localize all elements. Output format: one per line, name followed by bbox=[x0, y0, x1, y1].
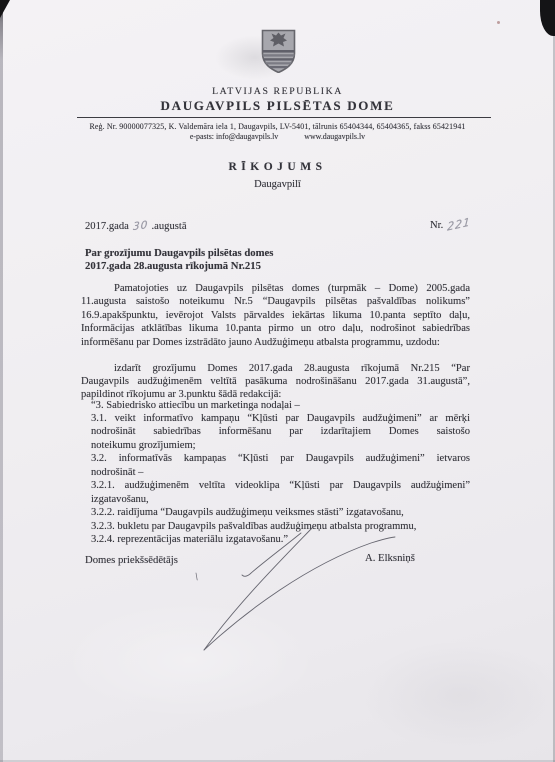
paragraph-line: izdarīt grozījumu Domes 2017.gada 28.aug… bbox=[81, 362, 470, 375]
list-item: 3.2. informatīvās kampaņas “Kļūsti par D… bbox=[91, 452, 470, 465]
scan-corner-top-left bbox=[0, 0, 10, 18]
list-item: 3.2.3. bukletu par Daugavpils pašvaldība… bbox=[91, 520, 470, 533]
document-date: 2017.gada 30 .augustā bbox=[85, 220, 187, 232]
subject-line-2: 2017.gada 28.augusta rīkojumā Nr.215 bbox=[85, 260, 385, 273]
email-text: e-pasts: info@daugavpils.lv bbox=[190, 132, 278, 141]
list-item: 3.2.1. audžuģimenēm veltīta videoklipa “… bbox=[91, 479, 470, 492]
date-prefix: 2017.gada bbox=[85, 221, 129, 232]
list-item: noteikumu grozījumiem; bbox=[91, 439, 470, 452]
paragraph-line: Daugavpils audžuģimenēm veltītā pasākuma… bbox=[81, 375, 470, 388]
handwritten-number: 221 bbox=[447, 215, 471, 233]
scan-corner-top-right bbox=[540, 0, 555, 36]
signer-name: A. Elksniņš bbox=[365, 552, 415, 564]
number-label: Nr. bbox=[430, 220, 443, 231]
document-number: Nr. 221 bbox=[430, 218, 472, 231]
organization-name: DAUGAVPILS PILSĒTAS DOME bbox=[0, 98, 555, 114]
document-type-title: RĪKOJUMS bbox=[0, 161, 555, 173]
registration-line: Reģ. Nr. 90000077325, K. Valdemāra iela … bbox=[0, 122, 555, 131]
list-item: nodrošināt – bbox=[91, 466, 470, 479]
subject-line-1: Par grozījumu Daugavpils pilsētas domes bbox=[85, 247, 385, 260]
list-item: 3.1. veikt informatīvo kampaņu “Kļūsti p… bbox=[91, 412, 470, 425]
preamble-paragraph: Pamatojoties uz Daugavpils pilsētas dome… bbox=[81, 282, 470, 349]
scan-edge-left bbox=[0, 0, 3, 762]
list-item: izgatavošanu, bbox=[91, 493, 470, 506]
signer-role: Domes priekšsēdētājs bbox=[85, 554, 178, 566]
paper-shadow bbox=[360, 640, 555, 750]
scan-speck bbox=[497, 21, 500, 24]
website-text: www.daugavpils.lv bbox=[304, 132, 365, 141]
paragraph-line: Informācijas atklātības likuma 10.panta … bbox=[81, 322, 470, 335]
document-place: Daugavpilī bbox=[0, 179, 555, 190]
order-paragraph: izdarīt grozījumu Domes 2017.gada 28.aug… bbox=[81, 362, 470, 402]
list-item: “3. Sabiedrisko attiecību un marketinga … bbox=[91, 399, 470, 412]
list-item: nodrošināt sabiedrības informēšanu par i… bbox=[91, 425, 470, 438]
paragraph-line: Pamatojoties uz Daugavpils pilsētas dome… bbox=[81, 282, 470, 295]
handwritten-day: 30 bbox=[132, 219, 148, 233]
daugavpils-coat-of-arms-icon bbox=[260, 28, 297, 73]
paper-highlight bbox=[60, 600, 320, 720]
coat-of-arms bbox=[260, 28, 297, 78]
date-suffix: .augustā bbox=[152, 221, 187, 232]
paragraph-line: 11.augusta saistošo noteikumu Nr.5 “Daug… bbox=[81, 295, 470, 308]
paragraph-line: 16.9.apakšpunktu, ievērojot Valsts pārva… bbox=[81, 309, 470, 322]
scanned-document-page: LATVIJAS REPUBLIKA DAUGAVPILS PILSĒTAS D… bbox=[0, 0, 555, 762]
list-item: 3.2.2. raidījuma “Daugavpils audžuģimeņu… bbox=[91, 506, 470, 519]
document-subject: Par grozījumu Daugavpils pilsētas domes … bbox=[85, 247, 385, 273]
header-divider bbox=[77, 117, 491, 118]
paragraph-line: informēšanu par Domes izstrādāto jauno A… bbox=[81, 336, 470, 349]
country-name: LATVIJAS REPUBLIKA bbox=[0, 86, 555, 97]
amendment-list: “3. Sabiedrisko attiecību un marketinga … bbox=[91, 399, 470, 547]
contact-line: e-pasts: info@daugavpils.lvwww.daugavpil… bbox=[0, 132, 555, 141]
list-item: 3.2.4. reprezentācijas materiālu izgatav… bbox=[91, 533, 470, 546]
